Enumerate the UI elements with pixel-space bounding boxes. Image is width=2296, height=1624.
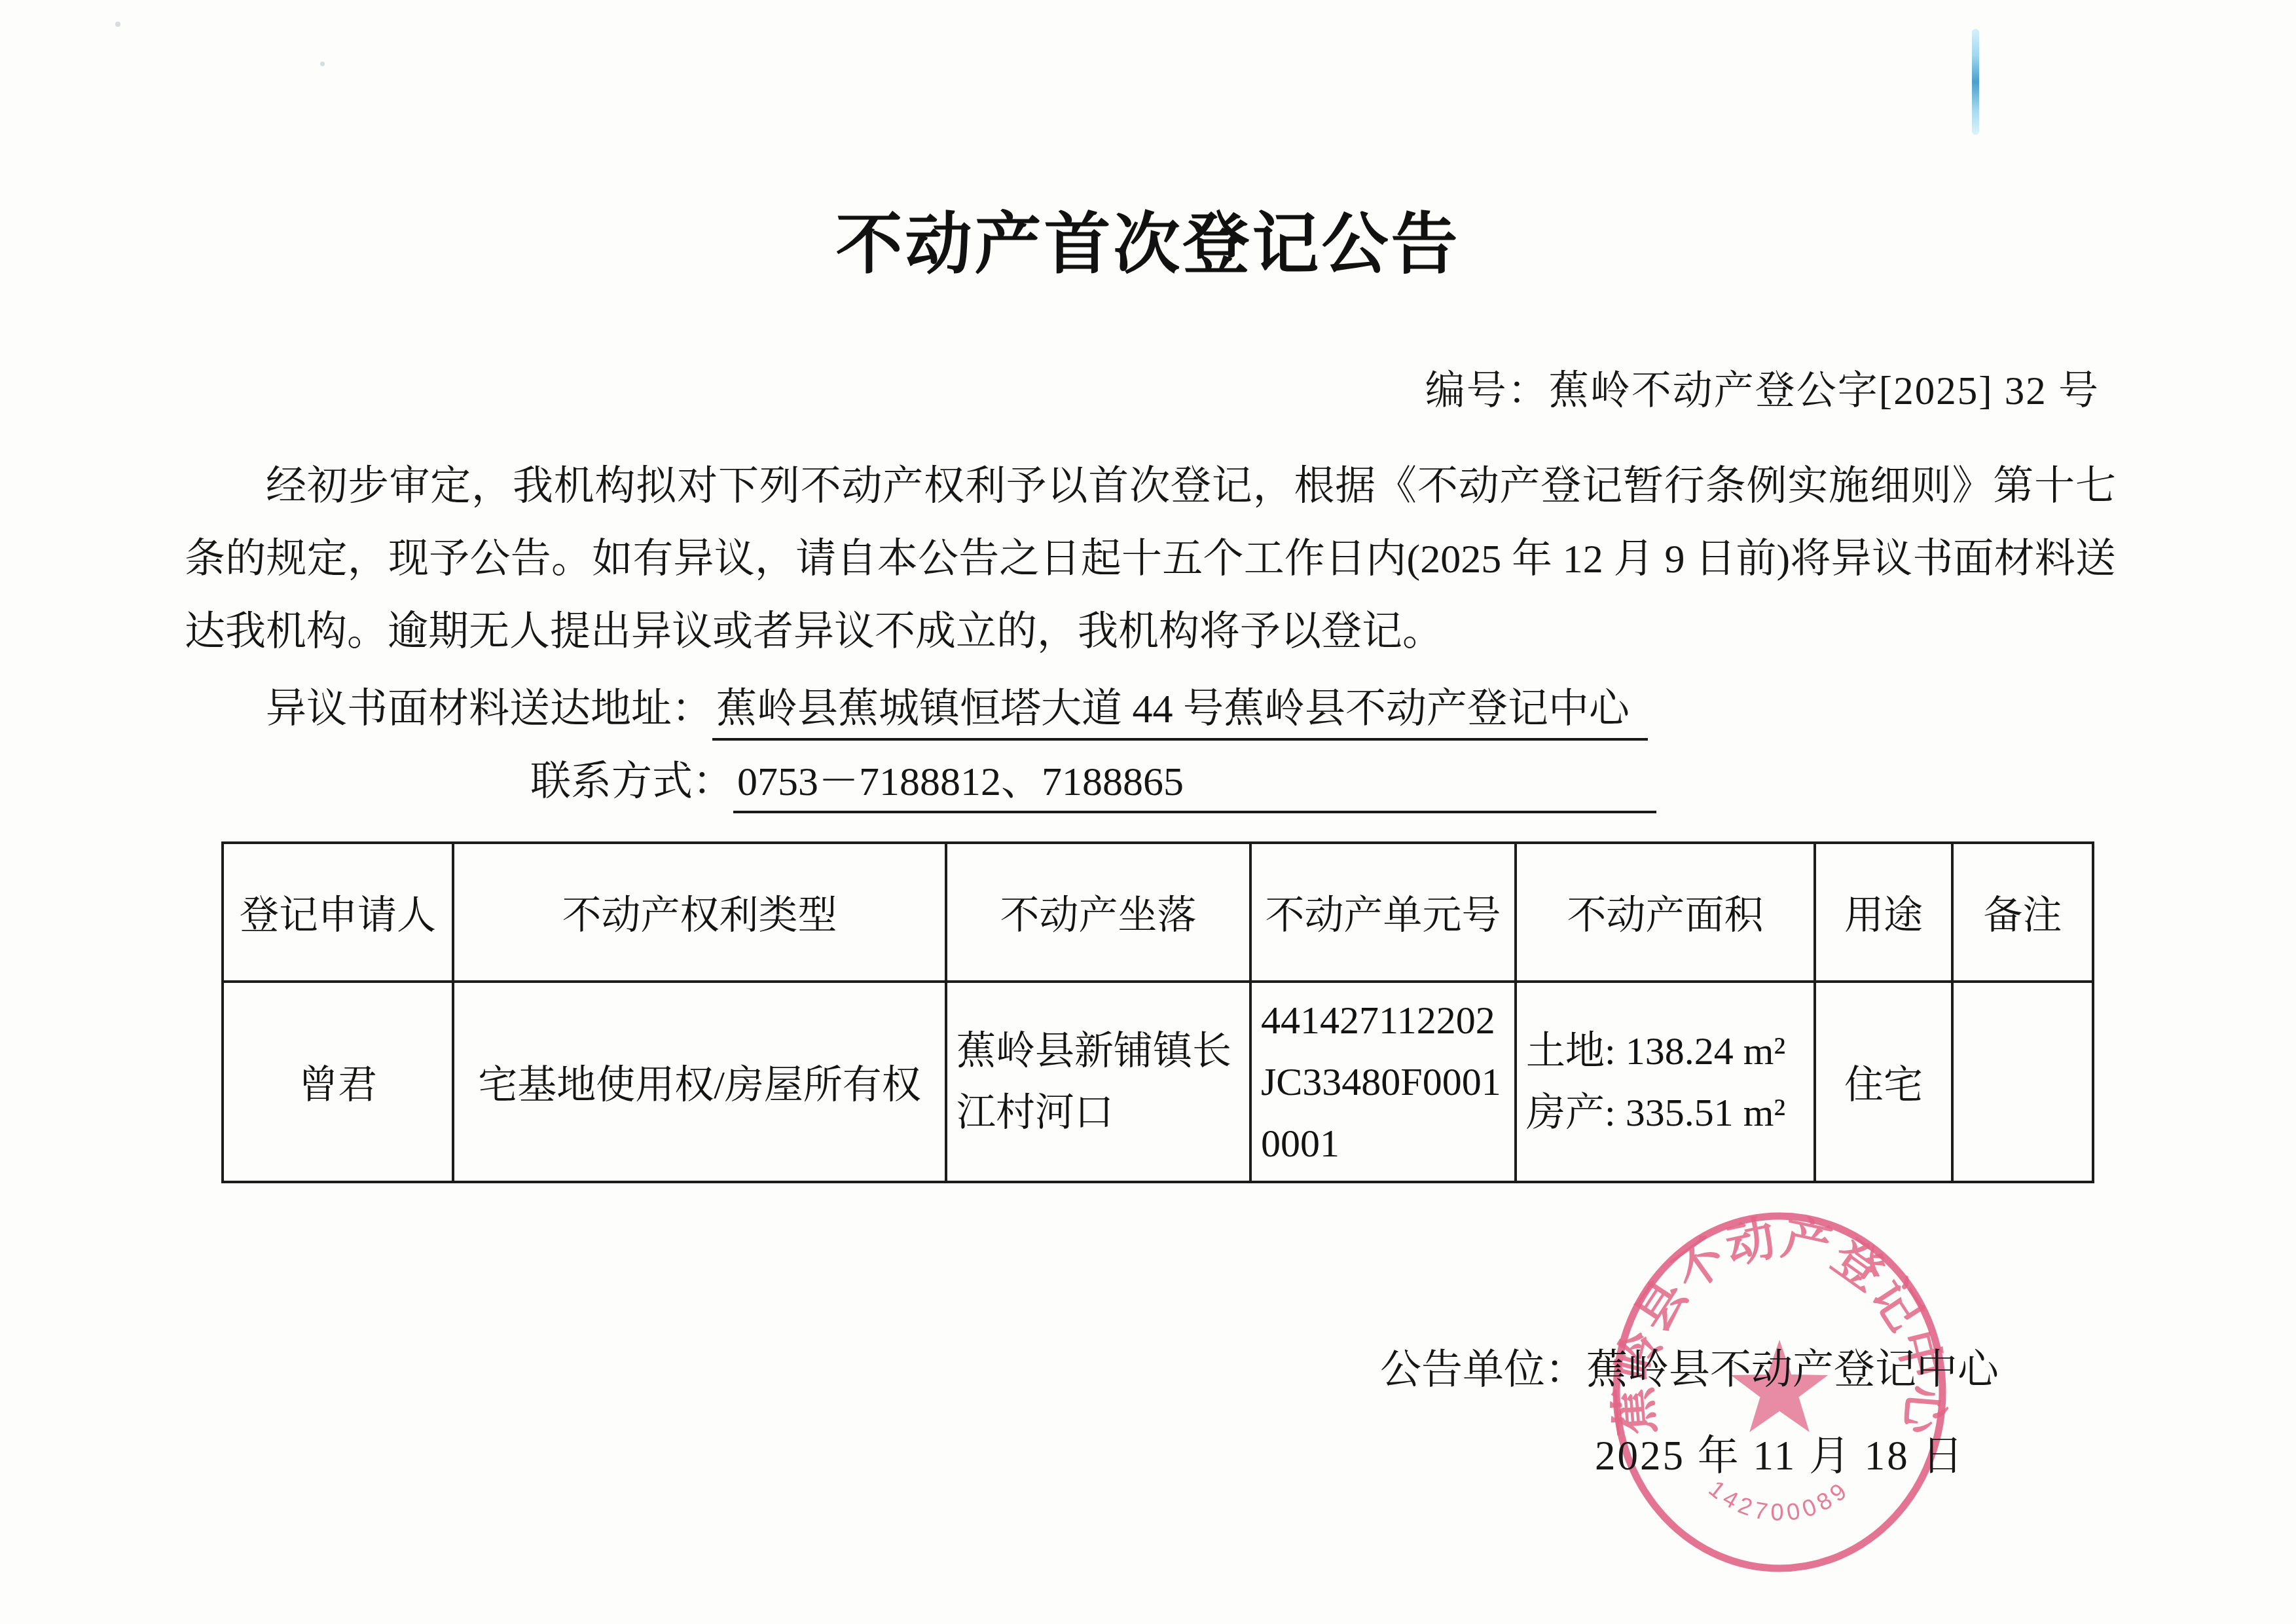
header-location: 不动产坐落 (946, 843, 1250, 982)
cell-right-type: 宅基地使用权/房屋所有权 (453, 982, 946, 1182)
document-number: 编号：蕉岭不动产登公字[2025] 32 号 (1425, 359, 2100, 416)
contact-label: 联系方式： (530, 760, 733, 804)
cell-remark (1952, 982, 2093, 1182)
header-unit-number: 不动产单元号 (1250, 843, 1516, 982)
header-remark: 备注 (1952, 843, 2093, 982)
scan-artifact-blue-mark (1972, 29, 1979, 135)
scan-speck (320, 62, 325, 66)
announcement-page: 不动产首次登记公告 编号：蕉岭不动产登公字[2025] 32 号 经初步审定，我… (0, 0, 2296, 1624)
header-usage: 用途 (1815, 843, 1952, 982)
cell-usage: 住宅 (1815, 982, 1952, 1182)
cell-location: 蕉岭县新铺镇长 江村河口 (946, 982, 1250, 1182)
cell-unit-number: 441427112202 JC33480F0001 0001 (1250, 982, 1516, 1182)
address-label: 异议书面材料送达地址： (266, 687, 712, 731)
header-right-type: 不动产权利类型 (453, 843, 946, 982)
page-title: 不动产首次登记公告 (0, 191, 2296, 287)
address-value: 蕉岭县蕉城镇恒塔大道 44 号蕉岭县不动产登记中心 (712, 676, 1648, 741)
address-line: 异议书面材料送达地址：蕉岭县蕉城镇恒塔大道 44 号蕉岭县不动产登记中心 (185, 676, 1648, 741)
contact-line: 联系方式：0753－7188812、7188865 (530, 748, 1656, 813)
date-line: 2025 年 11 月 18 日 (1595, 1422, 1965, 1482)
scan-speck (115, 22, 120, 27)
table-row: 曾君 宅基地使用权/房屋所有权 蕉岭县新铺镇长 江村河口 44142711220… (223, 982, 2093, 1182)
header-applicant: 登记申请人 (223, 843, 453, 982)
table-header-row: 登记申请人 不动产权利类型 不动产坐落 不动产单元号 不动产面积 用途 备注 (223, 843, 2093, 982)
cell-area: 土地: 138.24 m² 房产: 335.51 m² (1516, 982, 1815, 1182)
contact-value: 0753－7188812、7188865 (733, 748, 1656, 813)
header-area: 不动产面积 (1516, 843, 1815, 982)
registration-table: 登记申请人 不动产权利类型 不动产坐落 不动产单元号 不动产面积 用途 备注 曾… (221, 841, 2094, 1183)
issuer-line: 公告单位：蕉岭县不动产登记中心 (1380, 1336, 1999, 1395)
cell-applicant: 曾君 (223, 982, 453, 1182)
announcement-paragraph: 经初步审定，我机构拟对下列不动产权利予以首次登记，根据《不动产登记暂行条例实施细… (185, 451, 2116, 669)
